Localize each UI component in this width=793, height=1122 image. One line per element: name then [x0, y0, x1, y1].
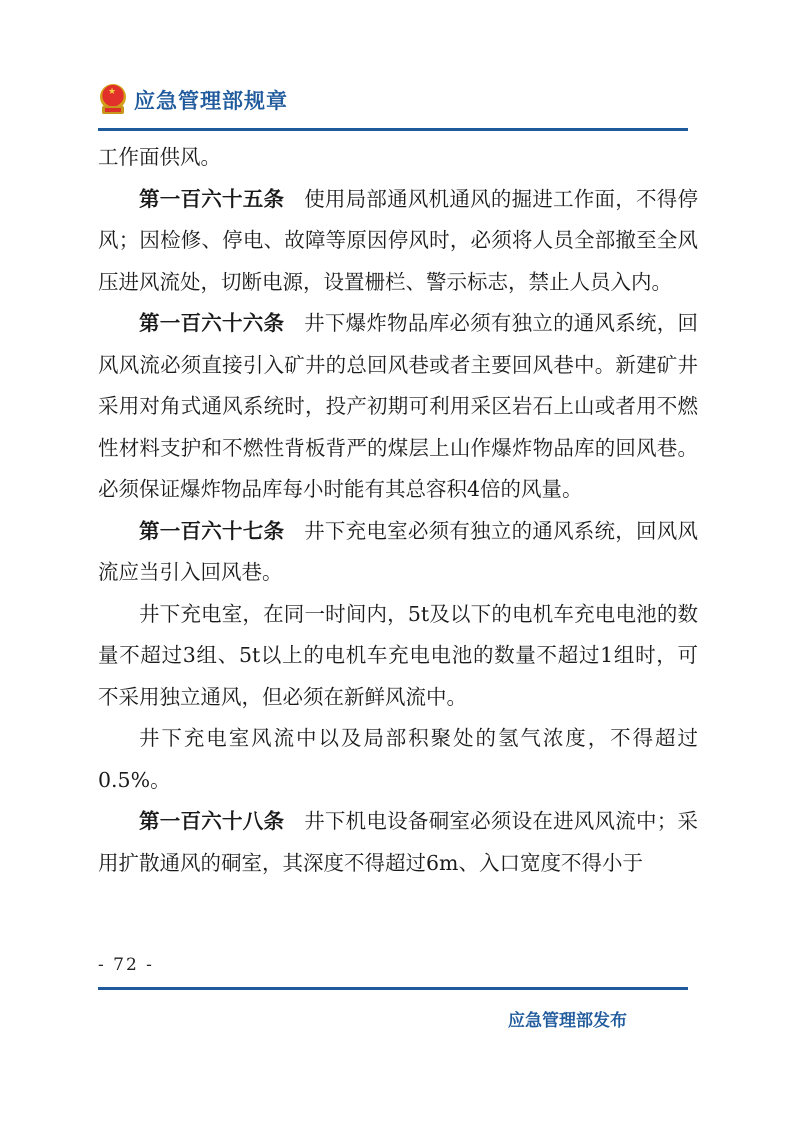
- article-number: 第一百六十六条: [139, 311, 284, 335]
- document-body: 工作面供风。 第一百六十五条使用局部通风机通风的掘进工作面，不得停风；因检修、停…: [98, 137, 698, 884]
- article-paragraph: 第一百六十五条使用局部通风机通风的掘进工作面，不得停风；因检修、停电、故障等原因…: [98, 179, 698, 304]
- paragraph: 工作面供风。: [98, 137, 698, 179]
- header-divider: [98, 128, 688, 131]
- article-paragraph: 第一百六十七条井下充电室必须有独立的通风系统，回风风流应当引入回风巷。: [98, 511, 698, 594]
- page-number: - 72 -: [98, 955, 154, 975]
- national-emblem-icon: ★: [98, 84, 128, 116]
- footer-publisher: 应急管理部发布: [508, 1006, 627, 1031]
- page-header: ★ 应急管理部规章: [98, 82, 288, 118]
- article-number: 第一百六十八条: [139, 809, 284, 833]
- article-paragraph: 第一百六十八条井下机电设备硐室必须设在进风风流中；采用扩散通风的硐室，其深度不得…: [98, 801, 698, 884]
- paragraph: 井下充电室，在同一时间内，5t及以下的电机车充电电池的数量不超过3组、5t以上的…: [98, 594, 698, 719]
- article-paragraph: 第一百六十六条井下爆炸物品库必须有独立的通风系统，回风风流必须直接引入矿井的总回…: [98, 303, 698, 511]
- article-number: 第一百六十七条: [139, 519, 284, 543]
- header-title: 应急管理部规章: [134, 85, 288, 115]
- article-number: 第一百六十五条: [139, 187, 284, 211]
- footer-divider: [98, 987, 688, 990]
- paragraph: 井下充电室风流中以及局部积聚处的氢气浓度，不得超过0.5%。: [98, 718, 698, 801]
